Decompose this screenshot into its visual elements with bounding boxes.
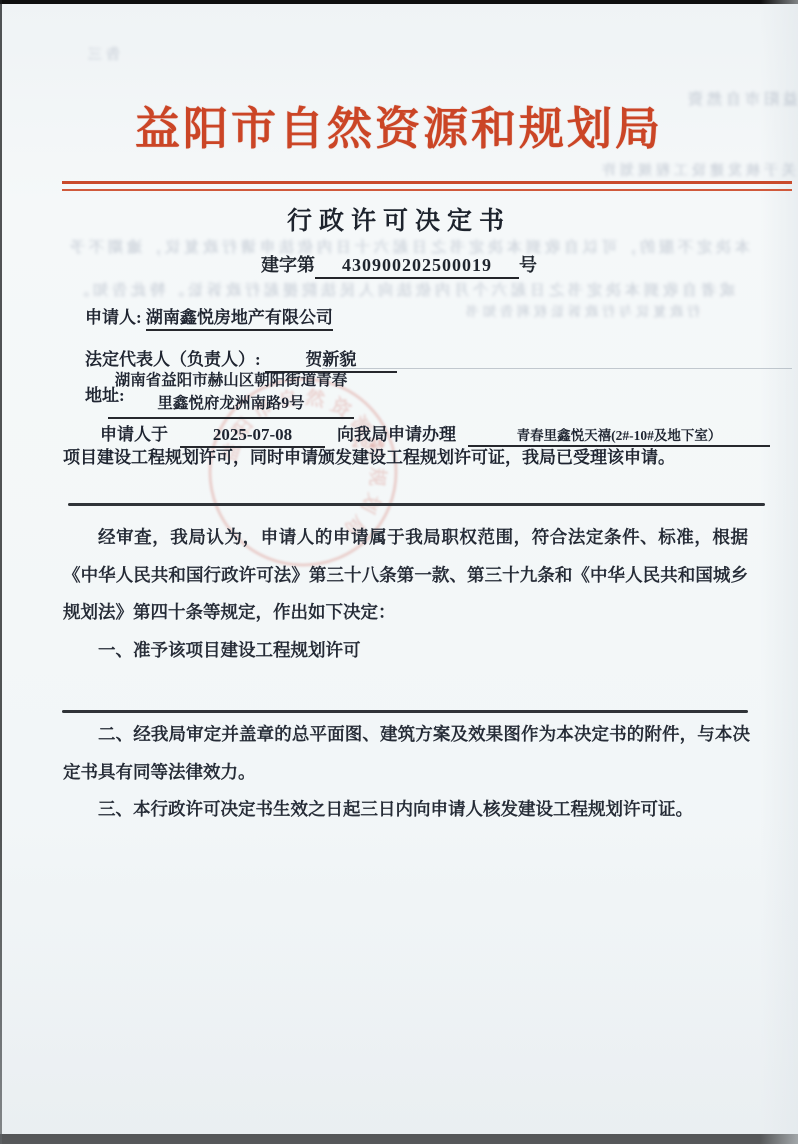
bleedthrough-text: 关于核发建设工程规划许可证 [600, 160, 796, 180]
address-line-1: 湖南省益阳市赫山区朝阳街道青春 [108, 370, 354, 393]
apply-prefix: 申请人于 [100, 425, 168, 444]
decision-item-3: 三、本行政许可决定书生效之日起三日内向申请人核发建设工程规划许可证。 [63, 791, 750, 829]
bleedthrough-text: 行政复议与行政诉讼权利告知书 [428, 301, 700, 320]
applicant-label: 申请人: [85, 308, 142, 327]
address-line-2: 里鑫悦府龙洲南路9号 [108, 393, 354, 416]
applicant-value: 湖南鑫悦房地产有限公司 [146, 303, 333, 331]
decision-paragraphs: 经审查，我局认为，申请人的申请属于我局职权范围，符合法定条件、标准，根据《中华人… [63, 519, 748, 669]
review-paragraph: 经审查，我局认为，申请人的申请属于我局职权范围，符合法定条件、标准，根据《中华人… [63, 519, 748, 632]
faint-rule-line [322, 368, 792, 369]
doc-no-value: 430900202500019 [315, 255, 519, 279]
decision-item-1: 一、准予该项目建设工程规划许可 [63, 632, 748, 670]
address-value: 湖南省益阳市赫山区朝阳街道青春 里鑫悦府龙洲南路9号 [108, 370, 354, 419]
legal-rep-label: 法定代表人（负责人）: [85, 350, 261, 369]
decision-item-2: 二、经我局审定并盖章的总平面图、建筑方案及效果图作为本决定书的附件，与本决定书具… [63, 716, 750, 791]
scan-edge-top [0, 0, 798, 4]
separator-line-1 [68, 503, 765, 506]
bleedthrough-text: 告三 [58, 44, 120, 64]
paper-shading-bottom [0, 820, 798, 1144]
apply-mid: 向我局申请办理 [337, 425, 456, 444]
header-red-rule-thin [62, 189, 792, 191]
doc-no-suffix: 号 [519, 255, 537, 275]
document-number-line: 建字第430900202500019号 [0, 251, 798, 279]
doc-no-prefix: 建字第 [261, 255, 315, 275]
separator-line-2 [62, 710, 748, 713]
bleedthrough-text: 或者自收到本决定书之日起六个月内依法向人民法院提起行政诉讼。特此告知。 [70, 279, 735, 300]
applicant-row: 申请人: 湖南鑫悦房地产有限公司 [85, 303, 333, 331]
application-suffix: 项目建设工程规划许可，同时申请颁发建设工程规划许可证，我局已受理该申请。 [63, 443, 763, 468]
agency-title: 益阳市自然资源和规划局 [0, 92, 798, 157]
header-red-rule-thick [62, 181, 792, 184]
document-title: 行政许可决定书 [0, 201, 798, 237]
decision-items: 二、经我局审定并盖章的总平面图、建筑方案及效果图作为本决定书的附件，与本决定书具… [63, 716, 750, 829]
